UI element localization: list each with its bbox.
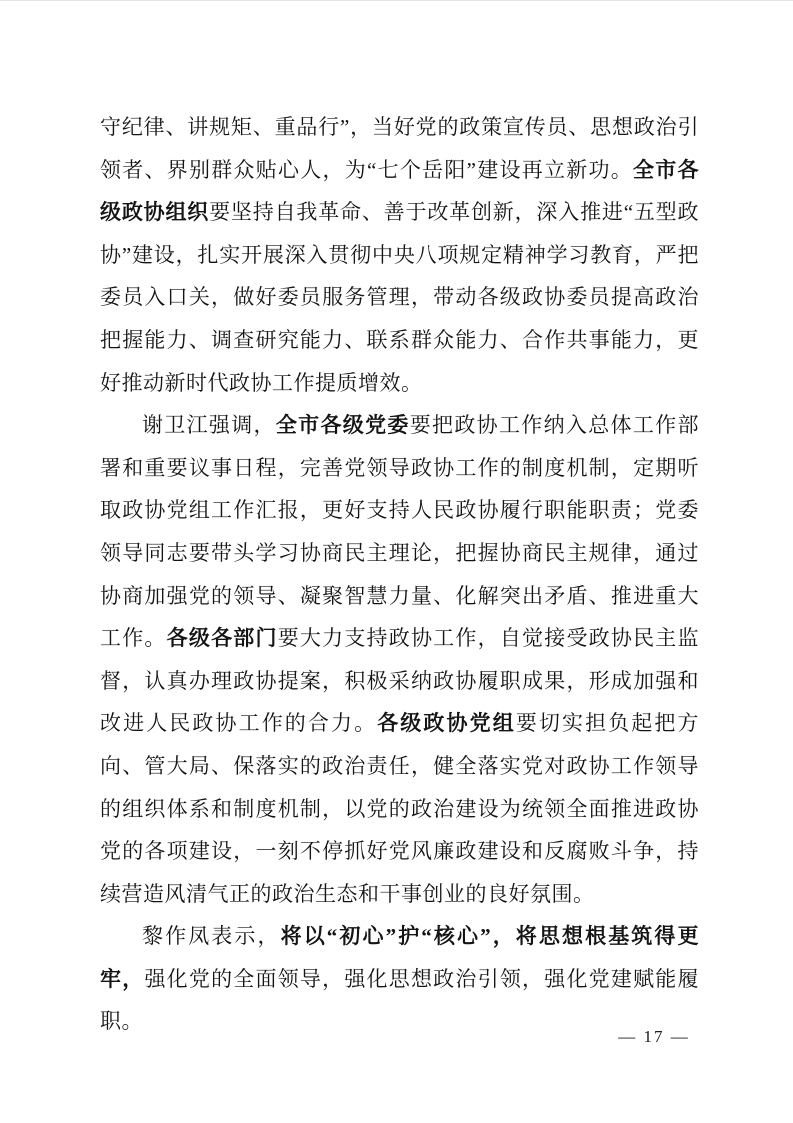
document-page: 守纪律、讲规矩、重品行”，当好党的政策宣传员、思想政治引领者、界别群众贴心人，为…: [0, 0, 793, 1123]
body-text: 要切实担负起把方向、管大局、保落实的政治责任，健全落实党对政协工作领导的组织体系…: [100, 711, 699, 905]
emphasis-text: 各级政协党组: [377, 711, 516, 735]
body-text: 守纪律、讲规矩、重品行”，当好党的政策宣传员、思想政治引领者、界别群众贴心人，为…: [100, 115, 699, 182]
paragraph: 谢卫江强调，全市各级党委要把政协工作纳入总体工作部署和重要议事日程，完善党领导政…: [100, 404, 699, 915]
body-text: 要把政协工作纳入总体工作部署和重要议事日程，完善党领导政协工作的制度机制，定期听…: [100, 413, 699, 650]
page-number: — 17 —: [598, 1027, 710, 1047]
body-text: 强化党的全面领导，强化思想政治引领，强化党建赋能履职。: [100, 967, 699, 1034]
body-text: 黎作凤表示，: [142, 924, 281, 948]
paragraph: 黎作凤表示，将以“初心”护“核心”，将思想根基筑得更牢，强化党的全面领导，强化思…: [100, 915, 699, 1043]
emphasis-text: 全市各级党委: [276, 413, 410, 437]
body-text: 要坚持自我革命、善于改革创新，深入推进“五型政协”建设，扎实开展深入贯彻中央八项…: [100, 200, 699, 394]
paragraph: 守纪律、讲规矩、重品行”，当好党的政策宣传员、思想政治引领者、界别群众贴心人，为…: [100, 106, 699, 404]
document-body: 守纪律、讲规矩、重品行”，当好党的政策宣传员、思想政治引领者、界别群众贴心人，为…: [100, 106, 699, 1043]
emphasis-text: 各级各部门: [167, 626, 278, 650]
body-text: 谢卫江强调，: [142, 413, 276, 437]
